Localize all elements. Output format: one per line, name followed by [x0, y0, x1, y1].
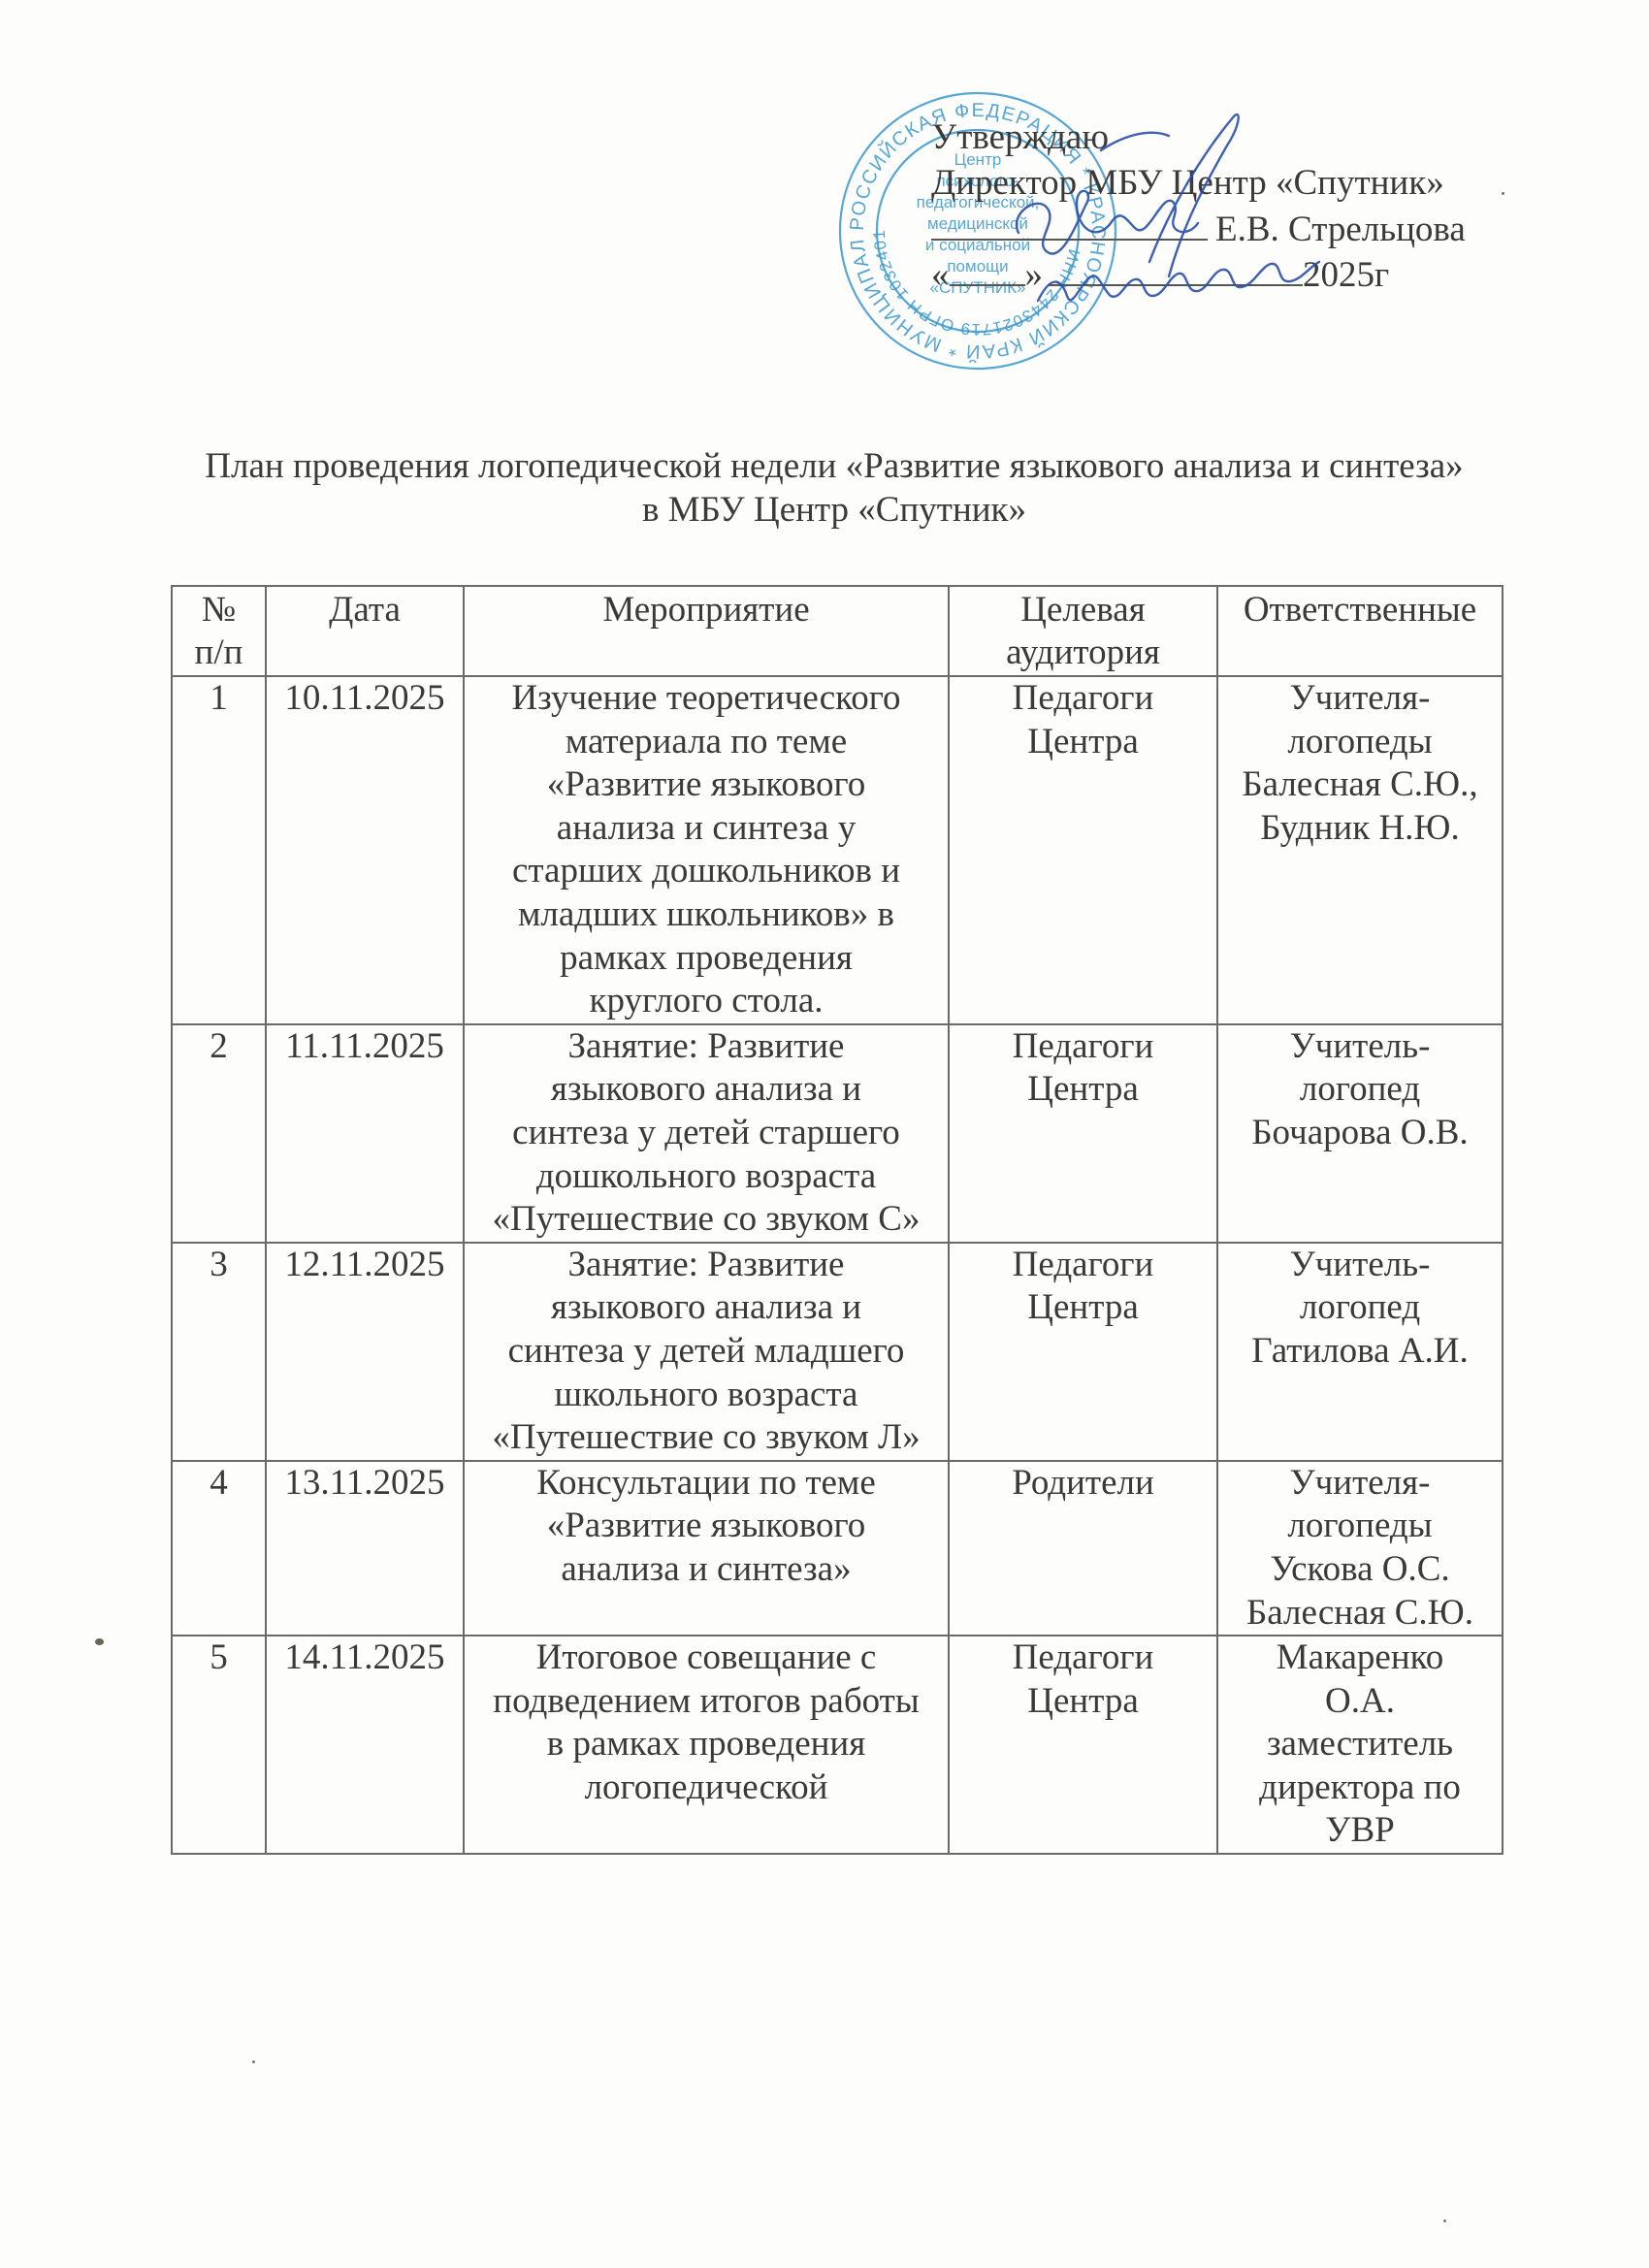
- scan-speck: [95, 1638, 104, 1645]
- event-text-line: младших школьников» в: [469, 893, 944, 937]
- row-event: Изучение теоретическогоматериала по теме…: [464, 676, 949, 1024]
- day-underline: [950, 251, 1025, 286]
- scan-speck: [1502, 192, 1504, 195]
- event-text-line: Занятие: Развитие: [469, 1244, 944, 1287]
- row-audience: ПедагогиЦентра: [949, 676, 1217, 1024]
- event-text-line: «Развитие языкового: [469, 1505, 944, 1548]
- event-text-line: «Развитие языкового: [469, 763, 944, 807]
- responsible-text-line: директора по: [1222, 1766, 1498, 1810]
- signer-name: Е.В. Стрельцова: [1215, 210, 1466, 249]
- event-text-line: «Путешествие со звуком Л»: [469, 1416, 944, 1460]
- responsible-text-line: Учителя-: [1222, 1462, 1498, 1506]
- header-text: Целевая: [954, 589, 1212, 632]
- row-date: 14.11.2025: [266, 1636, 464, 1854]
- audience-text-line: Центра: [954, 721, 1212, 764]
- row-audience: ПедагогиЦентра: [949, 1243, 1217, 1461]
- header-text: Ответственные: [1222, 589, 1498, 632]
- event-text-line: языкового анализа и: [469, 1286, 944, 1330]
- responsible-text-line: Будник Н.Ю.: [1222, 807, 1498, 851]
- event-text-line: синтеза у детей старшего: [469, 1112, 944, 1155]
- scan-speck: [252, 2060, 255, 2063]
- responsible-text-line: Бочарова О.В.: [1222, 1112, 1498, 1155]
- approval-year: 2025г: [1303, 255, 1389, 295]
- event-text-line: анализа и синтеза»: [469, 1548, 944, 1592]
- responsible-text-line: Балесная С.Ю.: [1222, 1592, 1498, 1636]
- audience-text-line: Педагоги: [954, 1025, 1212, 1069]
- row-responsible: Учителя-логопедыБалесная С.Ю.,Будник Н.Ю…: [1217, 676, 1503, 1024]
- table-row: 312.11.2025Занятие: Развитиеязыкового ан…: [172, 1243, 1503, 1461]
- director-position: Директор МБУ Центр «Спутник»: [931, 160, 1513, 206]
- row-audience: Родители: [949, 1461, 1217, 1636]
- audience-text-line: Центра: [954, 1286, 1212, 1330]
- row-audience: ПедагогиЦентра: [949, 1024, 1217, 1243]
- responsible-text-line: логопеды: [1222, 1505, 1498, 1548]
- month-underline: [1049, 251, 1303, 286]
- responsible-text-line: Макаренко: [1222, 1636, 1498, 1680]
- event-text-line: логопедической: [469, 1766, 944, 1810]
- row-number: 2: [172, 1024, 266, 1243]
- date-close-quote: »: [1025, 255, 1044, 295]
- audience-text-line: Центра: [954, 1680, 1212, 1724]
- header-responsible: Ответственные: [1217, 586, 1503, 676]
- row-responsible: Учитель-логопедГатилова А.И.: [1217, 1243, 1503, 1461]
- document-title: План проведения логопедической недели «Р…: [97, 444, 1571, 532]
- date-open-quote: «: [931, 255, 950, 295]
- responsible-text-line: Гатилова А.И.: [1222, 1330, 1498, 1374]
- responsible-text-line: Учитель-: [1222, 1025, 1498, 1069]
- header-text: аудитория: [954, 632, 1212, 674]
- table-row: 110.11.2025Изучение теоретическогоматери…: [172, 676, 1503, 1024]
- row-number: 4: [172, 1461, 266, 1636]
- responsible-text-line: логопеды: [1222, 721, 1498, 764]
- event-text-line: Изучение теоретического: [469, 677, 944, 721]
- audience-text-line: Педагоги: [954, 1636, 1212, 1680]
- row-event: Консультации по теме«Развитие языковогоа…: [464, 1461, 949, 1636]
- row-date: 13.11.2025: [266, 1461, 464, 1636]
- audience-text-line: Центра: [954, 1068, 1212, 1112]
- approve-word: Утверждаю: [931, 114, 1513, 160]
- scan-speck: [1443, 2219, 1446, 2222]
- header-num: №п/п: [172, 586, 266, 676]
- event-text-line: дошкольного возраста: [469, 1155, 944, 1199]
- responsible-text-line: Учителя-: [1222, 677, 1498, 721]
- row-audience: ПедагогиЦентра: [949, 1636, 1217, 1854]
- signer-line: Е.В. Стрельцова: [931, 206, 1513, 251]
- header-date: Дата: [266, 586, 464, 676]
- signature-underline: [931, 206, 1208, 241]
- responsible-text-line: заместитель: [1222, 1723, 1498, 1766]
- responsible-text-line: Учитель-: [1222, 1244, 1498, 1287]
- header-text: №: [177, 589, 261, 632]
- event-text-line: подведением итогов работы: [469, 1680, 944, 1724]
- row-number: 1: [172, 676, 266, 1024]
- row-number: 5: [172, 1636, 266, 1854]
- table-row: 413.11.2025Консультации по теме«Развитие…: [172, 1461, 1503, 1636]
- row-date: 11.11.2025: [266, 1024, 464, 1243]
- title-line-1: План проведения логопедической недели «Р…: [97, 444, 1571, 488]
- event-text-line: языкового анализа и: [469, 1068, 944, 1112]
- event-text-line: в рамках проведения: [469, 1723, 944, 1766]
- responsible-text-line: О.А.: [1222, 1680, 1498, 1724]
- audience-text-line: Педагоги: [954, 1244, 1212, 1287]
- row-event: Занятие: Развитиеязыкового анализа исинт…: [464, 1024, 949, 1243]
- header-text: Мероприятие: [469, 589, 944, 632]
- approval-block: Утверждаю Директор МБУ Центр «Спутник» Е…: [931, 114, 1513, 297]
- header-event: Мероприятие: [464, 586, 949, 676]
- audience-text-line: Педагоги: [954, 677, 1212, 721]
- row-event: Занятие: Развитиеязыкового анализа исинт…: [464, 1243, 949, 1461]
- title-line-2: в МБУ Центр «Спутник»: [97, 488, 1571, 532]
- audience-text-line: Родители: [954, 1462, 1212, 1506]
- row-responsible: МакаренкоО.А.заместительдиректора поУВР: [1217, 1636, 1503, 1854]
- event-text-line: «Путешествие со звуком С»: [469, 1198, 944, 1242]
- header-text: п/п: [177, 632, 261, 674]
- responsible-text-line: Ускова О.С.: [1222, 1548, 1498, 1592]
- event-text-line: материала по теме: [469, 721, 944, 764]
- approval-date-line: «»2025г: [931, 251, 1513, 297]
- table-row: 211.11.2025Занятие: Развитиеязыкового ан…: [172, 1024, 1503, 1243]
- event-text-line: синтеза у детей младшего: [469, 1330, 944, 1374]
- plan-table: №п/п Дата Мероприятие Целеваяаудитория О…: [171, 585, 1503, 1855]
- event-text-line: круглого стола.: [469, 980, 944, 1023]
- header-text: Дата: [271, 589, 459, 632]
- header-audience: Целеваяаудитория: [949, 586, 1217, 676]
- table-row: 514.11.2025Итоговое совещание сподведени…: [172, 1636, 1503, 1854]
- event-text-line: анализа и синтеза у: [469, 807, 944, 851]
- event-text-line: Консультации по теме: [469, 1462, 944, 1506]
- responsible-text-line: логопед: [1222, 1068, 1498, 1112]
- event-text-line: Занятие: Развитие: [469, 1025, 944, 1069]
- row-event: Итоговое совещание сподведением итогов р…: [464, 1636, 949, 1854]
- responsible-text-line: Балесная С.Ю.,: [1222, 763, 1498, 807]
- table-header-row: №п/п Дата Мероприятие Целеваяаудитория О…: [172, 586, 1503, 676]
- row-number: 3: [172, 1243, 266, 1461]
- row-date: 10.11.2025: [266, 676, 464, 1024]
- responsible-text-line: логопед: [1222, 1286, 1498, 1330]
- row-responsible: Учитель-логопедБочарова О.В.: [1217, 1024, 1503, 1243]
- event-text-line: Итоговое совещание с: [469, 1636, 944, 1680]
- row-responsible: Учителя-логопедыУскова О.С.Балесная С.Ю.: [1217, 1461, 1503, 1636]
- responsible-text-line: УВР: [1222, 1809, 1498, 1853]
- event-text-line: школьного возраста: [469, 1374, 944, 1417]
- event-text-line: старших дошкольников и: [469, 850, 944, 893]
- row-date: 12.11.2025: [266, 1243, 464, 1461]
- event-text-line: рамках проведения: [469, 937, 944, 981]
